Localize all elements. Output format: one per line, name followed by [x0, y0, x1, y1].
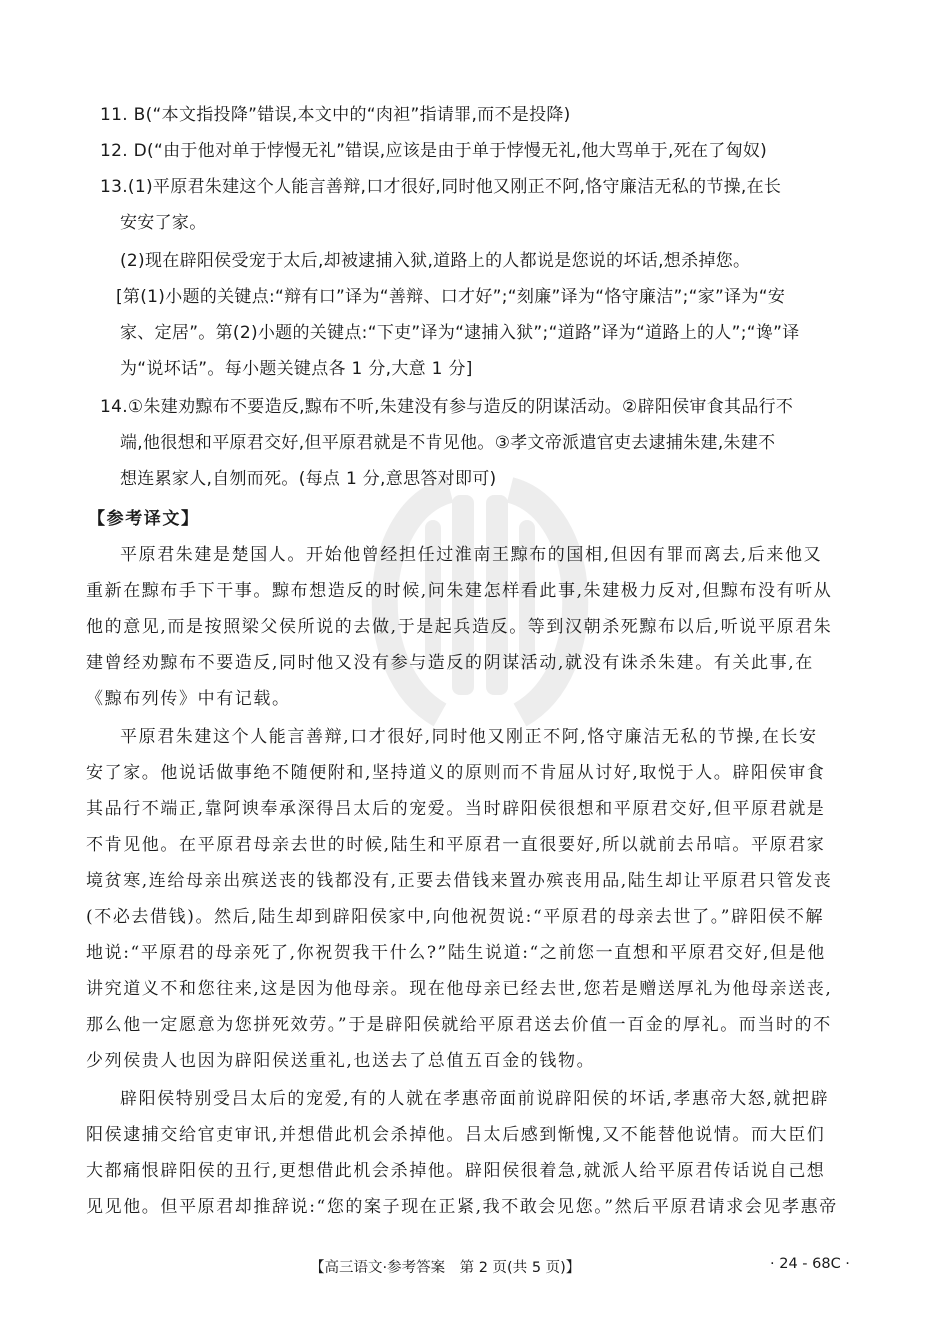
translation-line: 地说:“平原君的母亲死了,你祝贺我干什么?”陆生说道:“之前您一直想和平原君交好…: [86, 942, 826, 964]
translation-line: 讲究道义不和您往来,这是因为他母亲。现在他母亲已经去世,您若是赠送厚礼为他母亲送…: [86, 978, 832, 1000]
answer-14: 14.①朱建劝黥布不要造反,黥布不听,朱建没有参与造反的阴谋活动。②辟阳侯审食其…: [100, 396, 793, 418]
answer-14-cont: 端,他很想和平原君交好,但平原君就是不肯见他。③孝文帝派遣官吏去逮捕朱建,朱建不: [120, 432, 775, 454]
answer-document-page: 11. B(“本文指投降”错误,本文中的“肉袒”指请罪,而不是投降) 12. D…: [0, 0, 950, 1336]
answer-13-note-cont: 为“说坏话”。每小题关键点各 1 分,大意 1 分]: [120, 358, 473, 380]
translation-line: 建曾经劝黥布不要造反,同时他又没有参与造反的阴谋活动,就没有诛杀朱建。有关此事,…: [86, 652, 814, 674]
section-heading: 【参考译文】: [88, 508, 200, 530]
translation-line: 大都痛恨辟阳侯的丑行,更想借此机会杀掉他。辟阳侯很着急,就派人给平原君传话说自己…: [86, 1160, 825, 1182]
answer-14-cont: 想连累家人,自刎而死。(每点 1 分,意思答对即可): [120, 468, 497, 490]
translation-line: 少列侯贵人也因为辟阳侯送重礼,也送去了总值五百金的钱物。: [86, 1050, 595, 1072]
translation-line: 见见他。但平原君却推辞说:“您的案子现在正紧,我不敢会见您。”然后平原君请求会见…: [86, 1196, 838, 1218]
translation-line: 平原君朱建是楚国人。开始他曾经担任过淮南王黥布的国相,但因有罪而离去,后来他又: [120, 544, 822, 566]
answer-13-part2: (2)现在辟阳侯受宠于太后,却被逮捕入狱,道路上的人都说是您说的坏话,想杀掉您。: [120, 250, 750, 272]
translation-line: (不必去借钱)。然后,陆生却到辟阳侯家中,向他祝贺说:“平原君的母亲去世了。”辟…: [86, 906, 824, 928]
answer-12: 12. D(“由于他对单于悖慢无礼”错误,应该是由于单于悖慢无礼,他大骂单于,死…: [100, 140, 767, 162]
translation-line: 其品行不端正,靠阿谀奉承深得吕太后的宠爱。当时辟阳侯很想和平原君交好,但平原君就…: [86, 798, 825, 820]
translation-line: 重新在黥布手下干事。黥布想造反的时候,问朱建怎样看此事,朱建极力反对,但黥布没有…: [86, 580, 832, 602]
translation-line: 境贫寒,连给母亲出殡送丧的钱都没有,正要去借钱来置办殡丧用品,陆生却让平原君只管…: [86, 870, 832, 892]
answer-13-note-cont: 家、定居”。第(2)小题的关键点:“下吏”译为“逮捕入狱”;“道路”译为“道路上…: [120, 322, 800, 344]
translation-line: 《黥布列传》中有记载。: [86, 688, 291, 710]
answer-13-part1: 13.(1)平原君朱建这个人能言善辩,口才很好,同时他又刚正不阿,恪守廉洁无私的…: [100, 176, 781, 198]
page-footer-code: · 24 - 68C ·: [770, 1256, 850, 1272]
translation-line: 那么他一定愿意为您拼死效劳。”于是辟阳侯就给平原君送去价值一百金的厚礼。而当时的…: [86, 1014, 832, 1036]
translation-line: 辟阳侯特别受吕太后的宠爱,有的人就在孝惠帝面前说辟阳侯的坏话,孝惠帝大怒,就把辟: [120, 1088, 829, 1110]
page-footer-title: 【高三语文·参考答案 第 2 页(共 5 页)】: [310, 1256, 580, 1277]
answer-13-note: [第(1)小题的关键点:“辩有口”译为“善辩、口才好”;“刻廉”译为“恪守廉洁”…: [116, 286, 785, 308]
translation-line: 安了家。他说话做事绝不随便附和,坚持道义的原则而不肯屈从讨好,取悦于人。辟阳侯审…: [86, 762, 825, 784]
translation-line: 平原君朱建这个人能言善辩,口才很好,同时他又刚正不阿,恪守廉洁无私的节操,在长安: [120, 726, 818, 748]
translation-line: 不肯见他。在平原君母亲去世的时候,陆生和平原君一直很要好,所以就前去吊唁。平原君…: [86, 834, 825, 856]
answer-11: 11. B(“本文指投降”错误,本文中的“肉袒”指请罪,而不是投降): [100, 104, 571, 126]
translation-line: 他的意见,而是按照梁父侯所说的去做,于是起兵造反。等到汉朝杀死黥布以后,听说平原…: [86, 616, 832, 638]
answer-13-part1-cont: 安安了家。: [120, 212, 207, 234]
translation-line: 阳侯逮捕交给官吏审讯,并想借此机会杀掉他。吕太后感到惭愧,又不能替他说情。而大臣…: [86, 1124, 825, 1146]
